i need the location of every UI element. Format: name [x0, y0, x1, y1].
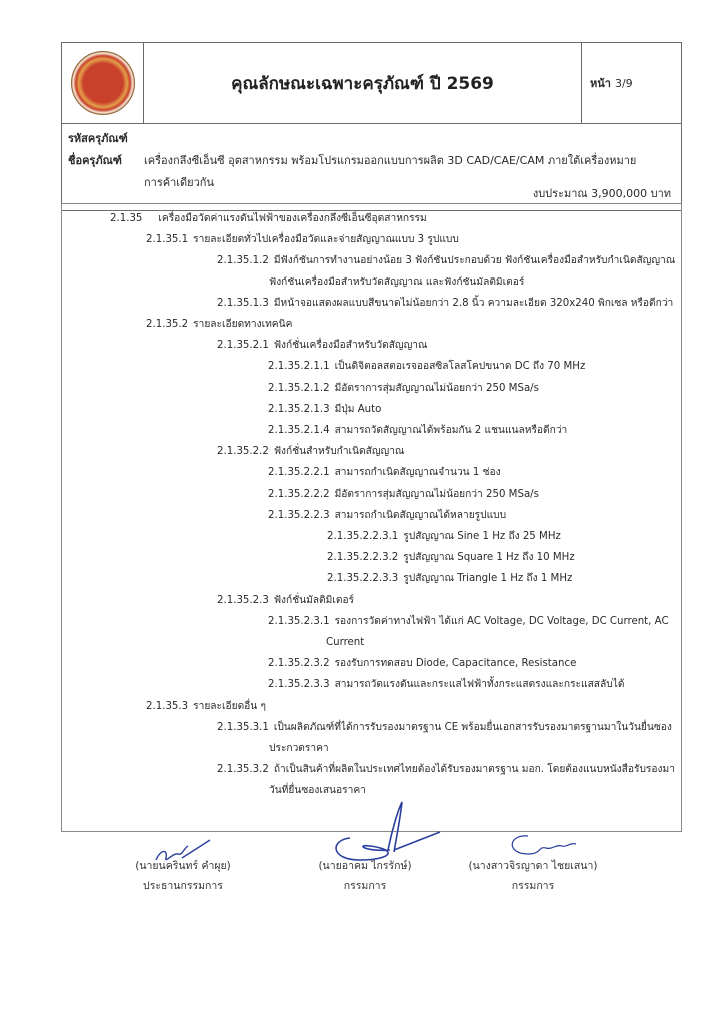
spec-number: 2.1.35.1.2 [217, 255, 269, 266]
spec-text: รายละเอียดทางเทคนิค [193, 319, 292, 330]
logo-cell [62, 43, 144, 123]
spec-item: 2.1.35.2.1.3มีปุ่ม Auto [268, 403, 381, 417]
header-row: คุณลักษณะเฉพาะครุภัณฑ์ ปี 2569 หน้า 3/9 [62, 43, 681, 124]
spec-number: 2.1.35.2.3 [217, 595, 269, 606]
signature-icon [148, 838, 218, 868]
spec-number: 2.1.35.2.1 [217, 340, 269, 351]
spec-text: สามารถวัดสัญญาณได้พร้อมกัน 2 แชนแนลหรือด… [335, 425, 568, 436]
spec-text: เป็นผลิตภัณฑ์ที่ได้การรับรองมาตรฐาน CE พ… [274, 722, 672, 733]
spec-text: สามารถกำเนิดสัญญาณจำนวน 1 ช่อง [335, 467, 501, 478]
page-number: หน้า 3/9 [582, 43, 681, 123]
spec-number: 2.1.35.2.1.1 [268, 361, 330, 372]
signature-block-member-2: (นางสาวจิรญาดา ไชยเสนา) กรรมการ [448, 856, 618, 896]
spec-text-continued: ฟังก์ชันเครื่องมือสำหรับวัดสัญญาณ และฟัง… [269, 276, 524, 290]
spec-item: 2.1.35.2.2.3สามารถกำเนิดสัญญาณได้หลายรูป… [268, 509, 506, 523]
spec-number: 2.1.35.3.2 [217, 764, 269, 775]
spec-number: 2.1.35.2.3.2 [268, 658, 330, 669]
spec-content-box: 2.1.35เครื่องมือวัดค่าแรงดันไฟฟ้าของเครื… [61, 203, 682, 832]
page-label: หน้า [590, 74, 611, 92]
spec-number: 2.1.35.1.3 [217, 298, 269, 309]
spec-text-continued: Current [326, 636, 364, 650]
signature-block-chair: (นายนครินทร์ คำผุย) ประธานกรรมการ [108, 856, 258, 896]
spec-item: 2.1.35.1รายละเอียดทั่วไปเครื่องมือวัดและ… [146, 233, 459, 247]
spec-number: 2.1.35.2.2.3.2 [327, 552, 398, 563]
spec-number: 2.1.35.2.3.1 [268, 616, 330, 627]
spec-item: 2.1.35.3รายละเอียดอื่น ๆ [146, 700, 266, 714]
spec-item: 2.1.35.2.2ฟังก์ชั่นสำหรับกำเนิดสัญญาณ [217, 445, 404, 459]
signer-role: กรรมการ [448, 876, 618, 896]
spec-text: มีฟังก์ชันการทำงานอย่างน้อย 3 ฟังก์ชันปร… [274, 255, 675, 266]
spec-number: 2.1.35.2.1.4 [268, 425, 330, 436]
spec-number: 2.1.35.2.1.2 [268, 383, 330, 394]
spec-item: 2.1.35.2.2.3.1รูปสัญญาณ Sine 1 Hz ถึง 25… [327, 530, 561, 544]
spec-item: 2.1.35.2.3ฟังก์ชั่นมัลติมิเตอร์ [217, 594, 354, 608]
vocational-seal-icon [71, 51, 135, 115]
spec-number: 2.1.35.3.1 [217, 722, 269, 733]
spec-item: 2.1.35.1.2มีฟังก์ชันการทำงานอย่างน้อย 3 … [217, 254, 675, 268]
spec-item: 2.1.35.2.3.3สามารถวัดแรงดันและกระแสไฟฟ้า… [268, 678, 624, 692]
spec-number: 2.1.35.3 [146, 701, 188, 712]
spec-number: 2.1.35.2.2 [217, 446, 269, 457]
spec-item: 2.1.35.2.1.1เป็นดิจิตอลสตอเรจออสซิลโลสโค… [268, 360, 585, 374]
spec-item: 2.1.35.2.3.2รองรับการทดสอบ Diode, Capaci… [268, 657, 576, 671]
spec-text: มีอัตราการสุ่มสัญญาณไม่น้อยกว่า 250 MSa/… [335, 383, 539, 394]
page-value: 3/9 [615, 77, 633, 90]
spec-text: มีปุ่ม Auto [335, 404, 382, 415]
spec-text: สามารถวัดแรงดันและกระแสไฟฟ้าทั้งกระแสตรง… [335, 679, 625, 690]
spec-number: 2.1.35.2.2.2 [268, 489, 330, 500]
spec-text: รายละเอียดอื่น ๆ [193, 701, 266, 712]
spec-text-continued: ประกวดราคา [269, 742, 329, 756]
budget: งบประมาณ 3,900,000 บาท [533, 184, 671, 202]
spec-text: มีหน้าจอแสดงผลแบบสีขนาดไม่น้อยกว่า 2.8 น… [274, 298, 673, 309]
spec-number: 2.1.35.2.1.3 [268, 404, 330, 415]
spec-text: รองรับการทดสอบ Diode, Capacitance, Resis… [335, 658, 577, 669]
spec-item: 2.1.35.2.3.1รองการวัดค่าทางไฟฟ้า ได้แก่ … [268, 615, 669, 629]
spec-number: 2.1.35.2 [146, 319, 188, 330]
spec-item: 2.1.35.2.1.2มีอัตราการสุ่มสัญญาณไม่น้อยก… [268, 382, 539, 396]
spec-number: 2.1.35.2.2.3.3 [327, 573, 398, 584]
code-row: รหัสครุภัณฑ์ [68, 128, 675, 150]
spec-item: 2.1.35.2.1.4สามารถวัดสัญญาณได้พร้อมกัน 2… [268, 424, 567, 438]
signature-block-member-1: (นายอาคม ไกรรักษ์) กรรมการ [290, 856, 440, 896]
name-line1: เครื่องกลึงซีเอ็นซี อุตสาหกรรม พร้อมโปรแ… [144, 150, 636, 172]
spec-item: 2.1.35.3.1เป็นผลิตภัณฑ์ที่ได้การรับรองมา… [217, 721, 672, 735]
spec-item: 2.1.35.2.2.1สามารถกำเนิดสัญญาณจำนวน 1 ช่… [268, 466, 501, 480]
name-line2: การค้าเดียวกัน [144, 172, 214, 194]
spec-number: 2.1.35.2.2.1 [268, 467, 330, 478]
spec-text: รายละเอียดทั่วไปเครื่องมือวัดและจ่ายสัญญ… [193, 234, 459, 245]
name-label: ชื่อครุภัณฑ์ [68, 150, 144, 172]
signer-role: ประธานกรรมการ [108, 876, 258, 896]
name-row: ชื่อครุภัณฑ์ เครื่องกลึงซีเอ็นซี อุตสาหก… [68, 150, 675, 172]
spec-item: 2.1.35.1.3มีหน้าจอแสดงผลแบบสีขนาดไม่น้อย… [217, 297, 673, 311]
code-label: รหัสครุภัณฑ์ [68, 128, 144, 150]
spec-number: 2.1.35.2.2.3 [268, 510, 330, 521]
signer-role: กรรมการ [290, 876, 440, 896]
spec-text: สามารถกำเนิดสัญญาณได้หลายรูปแบบ [335, 510, 507, 521]
spec-item: 2.1.35.2รายละเอียดทางเทคนิค [146, 318, 292, 332]
spec-text: ฟังก์ชั่นเครื่องมือสำหรับวัดสัญญาณ [274, 340, 428, 351]
spec-text: เครื่องมือวัดค่าแรงดันไฟฟ้าของเครื่องกลึ… [158, 213, 426, 224]
equipment-info: รหัสครุภัณฑ์ ชื่อครุภัณฑ์ เครื่องกลึงซีเ… [62, 124, 681, 210]
spec-text: รูปสัญญาณ Sine 1 Hz ถึง 25 MHz [403, 531, 561, 542]
spec-text: เป็นดิจิตอลสตอเรจออสซิลโลสโคปขนาด DC ถึง… [335, 361, 586, 372]
spec-number: 2.1.35 [110, 213, 142, 224]
signature-icon [310, 800, 450, 870]
signature-icon [498, 826, 588, 866]
spec-item: 2.1.35.3.2ถ้าเป็นสินค้าที่ผลิตในประเทศไท… [217, 763, 675, 777]
spec-number: 2.1.35.2.3.3 [268, 679, 330, 690]
spec-text: ฟังก์ชั่นสำหรับกำเนิดสัญญาณ [274, 446, 405, 457]
spec-item: 2.1.35.2.2.3.2รูปสัญญาณ Square 1 Hz ถึง … [327, 551, 575, 565]
document-header-frame: คุณลักษณะเฉพาะครุภัณฑ์ ปี 2569 หน้า 3/9 … [61, 42, 682, 211]
spec-item: 2.1.35เครื่องมือวัดค่าแรงดันไฟฟ้าของเครื… [110, 212, 427, 226]
page-title: คุณลักษณะเฉพาะครุภัณฑ์ ปี 2569 [144, 43, 582, 123]
spec-text: รูปสัญญาณ Triangle 1 Hz ถึง 1 MHz [403, 573, 572, 584]
spec-number: 2.1.35.2.2.3.1 [327, 531, 398, 542]
spec-item: 2.1.35.2.2.3.3รูปสัญญาณ Triangle 1 Hz ถึ… [327, 572, 572, 586]
spec-text: ถ้าเป็นสินค้าที่ผลิตในประเทศไทยต้องได้รั… [274, 764, 675, 775]
spec-text: รูปสัญญาณ Square 1 Hz ถึง 10 MHz [403, 552, 574, 563]
spec-text: ฟังก์ชั่นมัลติมิเตอร์ [274, 595, 354, 606]
spec-text: มีอัตราการสุ่มสัญญาณไม่น้อยกว่า 250 MSa/… [335, 489, 539, 500]
spec-item: 2.1.35.2.2.2มีอัตราการสุ่มสัญญาณไม่น้อยก… [268, 488, 539, 502]
spec-number: 2.1.35.1 [146, 234, 188, 245]
spec-item: 2.1.35.2.1ฟังก์ชั่นเครื่องมือสำหรับวัดสั… [217, 339, 427, 353]
spec-text-continued: วันที่ยื่นซองเสนอราคา [269, 784, 366, 798]
spec-text: รองการวัดค่าทางไฟฟ้า ได้แก่ AC Voltage, … [335, 616, 669, 627]
